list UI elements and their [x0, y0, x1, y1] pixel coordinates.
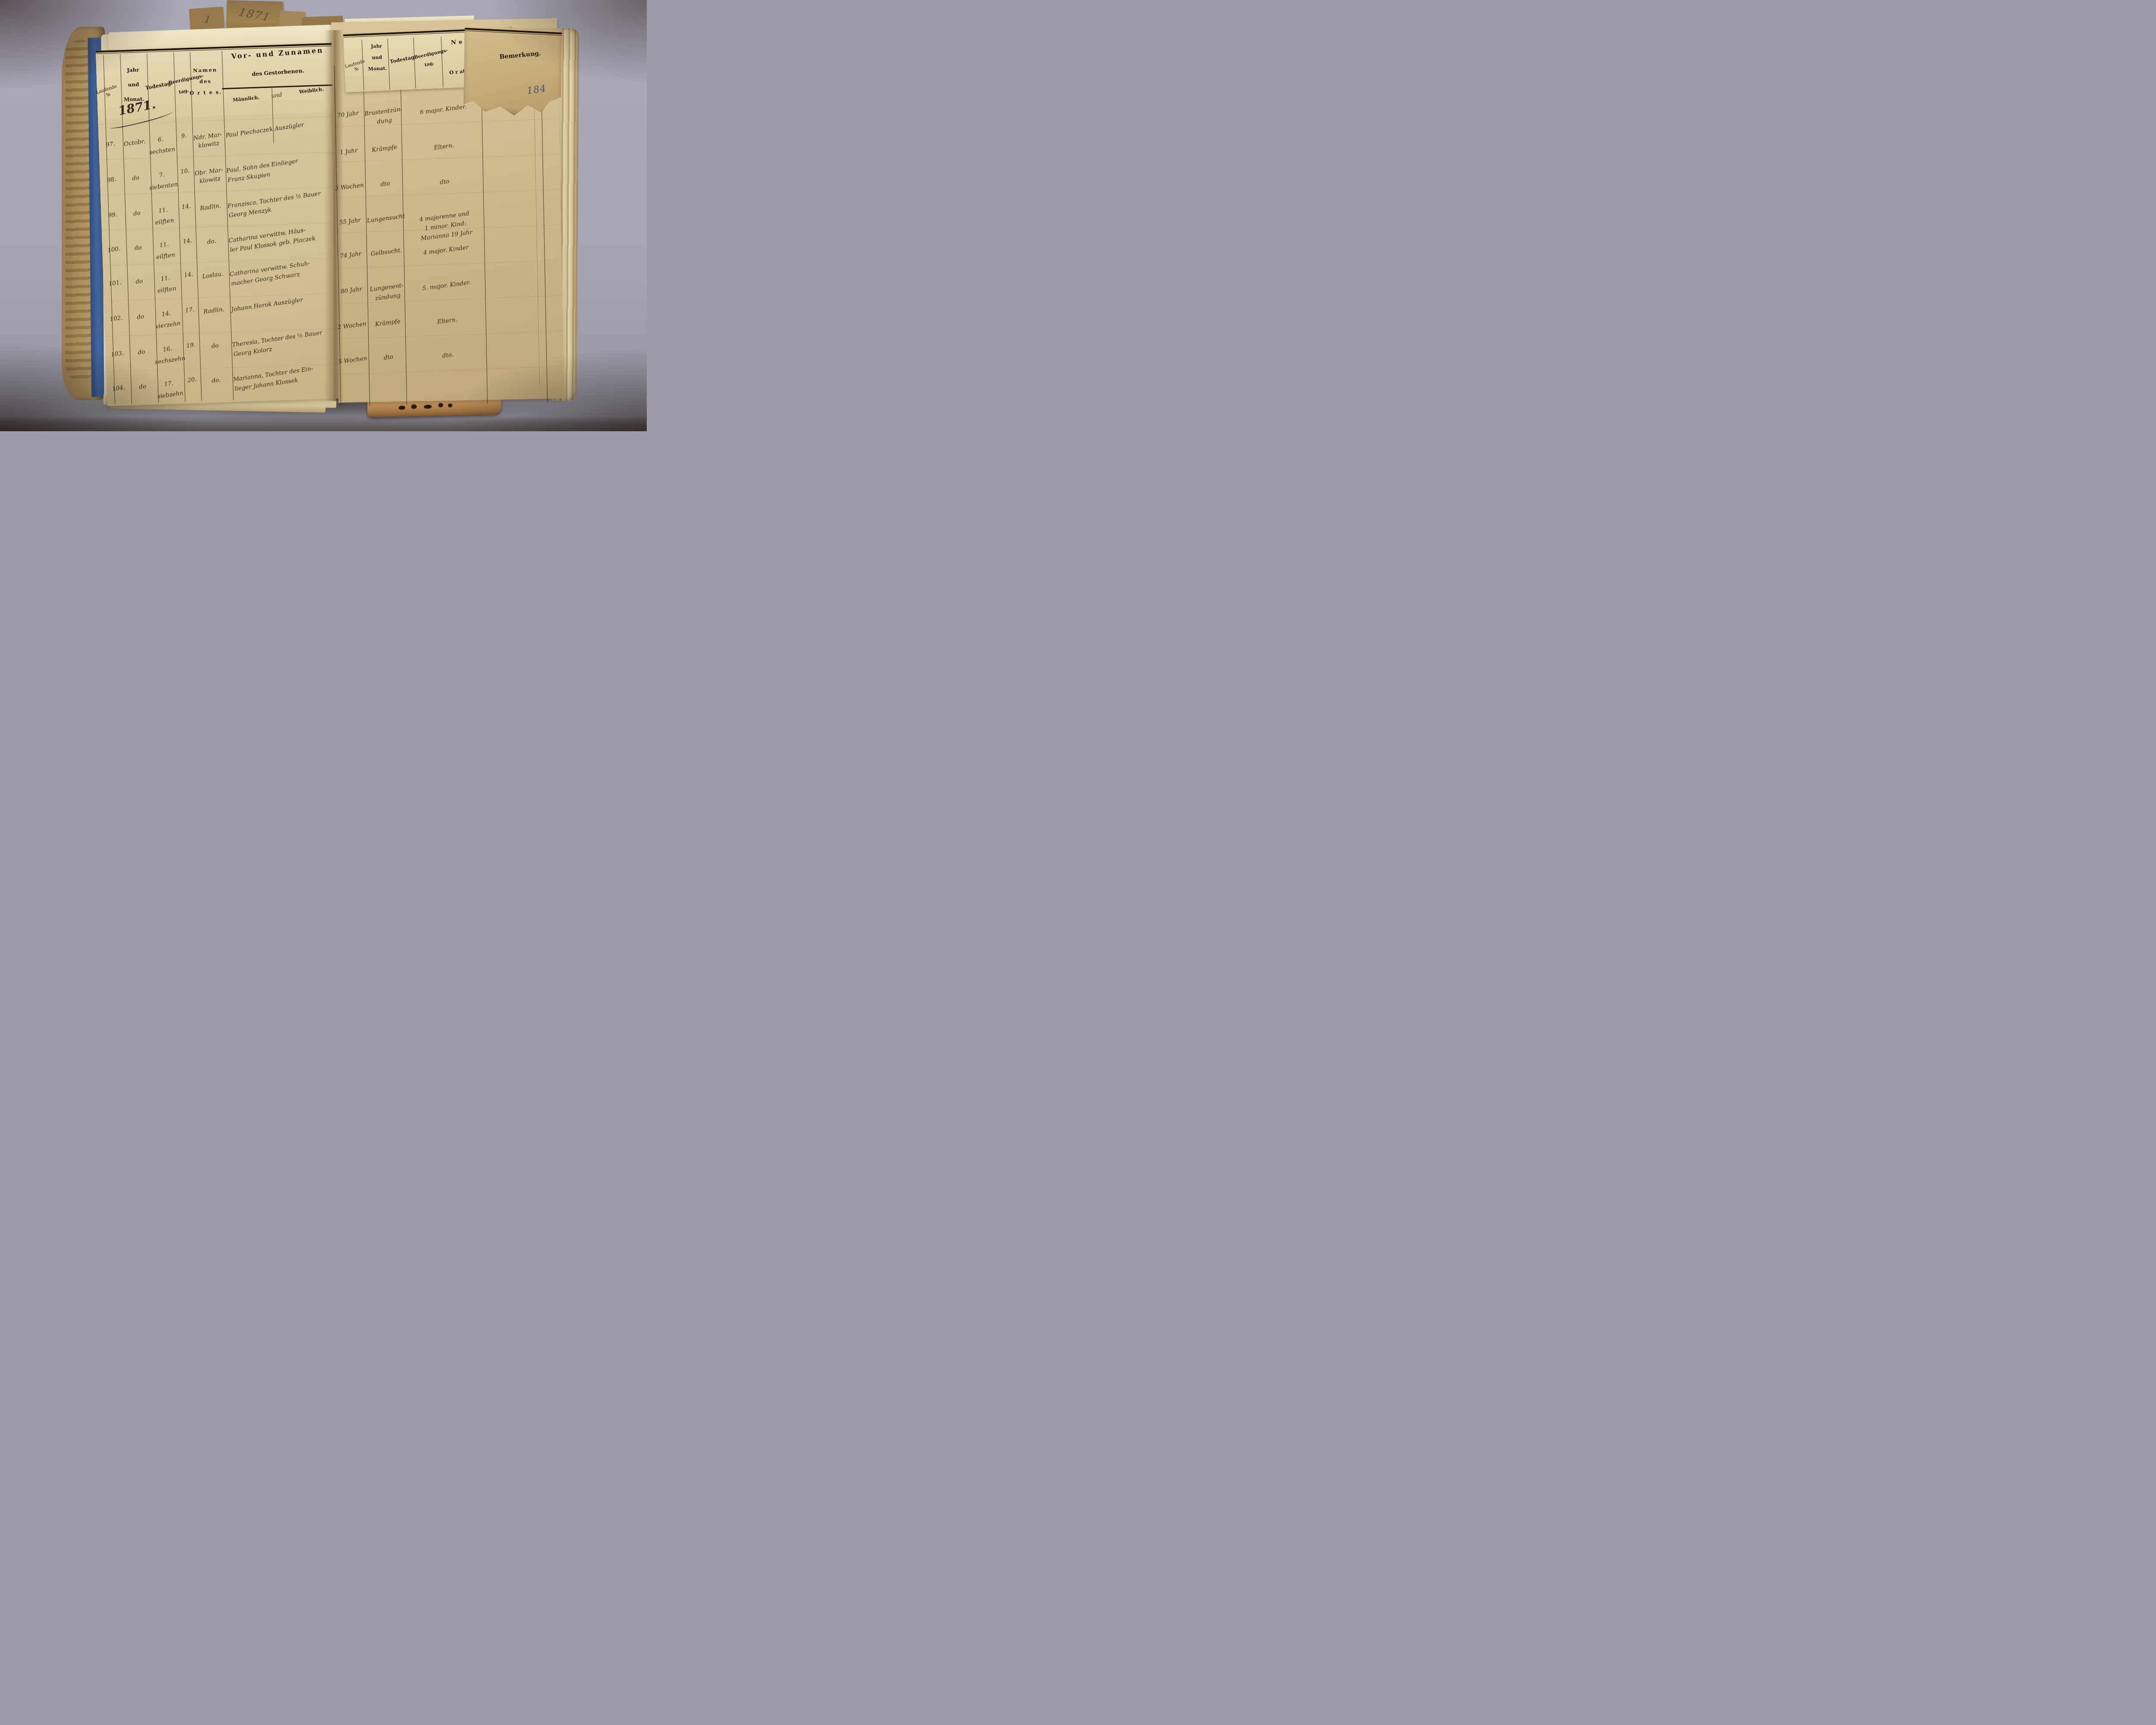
register-row-97-right: 70 Jahr Brustentzün- dung 6 major. Kinde…: [333, 103, 559, 142]
row-monat: do: [127, 312, 154, 322]
row-nr: 101.: [104, 278, 126, 288]
row-nr: 100.: [103, 245, 125, 254]
row-ort: Loslau.: [196, 269, 229, 282]
row-todestag: 7. siebenten: [147, 168, 179, 194]
col-header-des-gestorbenen: des Gestorbenen.: [224, 66, 332, 80]
row-ort: Radlin.: [194, 201, 227, 213]
row-todesursache: dto: [369, 350, 408, 364]
slip-label: 1: [204, 14, 213, 25]
register-row-103-right: 2 Wochen Krämpfe Eltern.: [337, 314, 563, 354]
col-header-bemerkung: Bemerkung.: [490, 49, 551, 62]
row-ort: Radlin.: [197, 304, 231, 317]
register-row-104-right: 5 Wochen dto dto.: [338, 348, 564, 388]
torn-corner-sheet: Bemerkung.: [464, 27, 562, 116]
row-nr: 99.: [102, 210, 124, 220]
row-todesursache: Gelbsucht.: [367, 245, 406, 259]
row-beerdigung: 20.: [183, 375, 201, 384]
header-top-rule: [464, 28, 562, 35]
row-ort: do.: [200, 374, 233, 387]
row-nr: 98.: [100, 175, 123, 185]
row-todestag: 11. eilften: [150, 271, 182, 298]
row-monat: do: [122, 173, 150, 183]
row-todesursache: Lungenent- zündung: [367, 280, 407, 304]
left-register-page: Laufende № Jahr und Monat. Todestag. Bee…: [96, 43, 347, 406]
col-header-und: und: [263, 91, 290, 100]
year-tab-label: 1871: [237, 6, 272, 24]
row-todestag: 16. sechszehn: [153, 342, 184, 368]
row-todesursache: Brustentzün- dung: [364, 104, 404, 128]
row-beerdigung: 9.: [175, 132, 193, 141]
book-gutter-shadow: [324, 30, 343, 401]
col-header-todestag: Todestag.: [389, 53, 417, 65]
row-todestag: 11. eilften: [149, 238, 181, 264]
col-header-ort: Namen des O r t e s.: [188, 64, 222, 98]
row-monat: Octobr.: [121, 138, 148, 148]
row-nr: 97.: [99, 140, 122, 150]
row-beerdigung: 14.: [179, 270, 197, 279]
row-nr: 103.: [106, 349, 128, 359]
row-todestag: 17. siebzehn: [154, 376, 185, 402]
register-row-100-right: 55 Jahr Lungensucht 4 majorenne und 1 mi…: [335, 210, 561, 249]
row-beerdigung: 10.: [176, 167, 194, 176]
row-todesursache: Krämpfe: [368, 316, 407, 330]
register-book-photo: 1 1871 Laufende № Jahr und Monat. Todest…: [0, 0, 647, 431]
register-row-102-right: 80 Jahr Lungenent- zündung 5. major. Kin…: [336, 279, 563, 318]
row-monat: do: [123, 208, 151, 219]
row-todesursache: Lungensucht: [367, 211, 405, 226]
row-ort: Ndr. Mar- klowitz: [191, 130, 226, 151]
row-erben: 4 majorenne und 1 minor. Kind: Marianna …: [405, 207, 486, 245]
stamp-smudge: [398, 401, 454, 411]
row-todestag: 6. sechsten: [146, 132, 177, 159]
row-ort: do.: [195, 235, 229, 248]
register-row-101-right: 74 Jahr Gelbsucht. 4 major. Kinder: [335, 243, 562, 283]
row-todestag: 14. vierzehn: [151, 307, 183, 333]
register-row-98-right: 1 Jahr Krämpfe Eltern.: [333, 140, 560, 179]
col-header-jahr-monat: Jahr und Monat.: [364, 41, 391, 75]
row-beerdigung: 14.: [177, 202, 195, 211]
register-row-99-right: 3 Wochen dto dto: [334, 175, 561, 215]
row-beerdigung: 19.: [182, 341, 200, 350]
col-header-beerdigungstag: Beerdigungs- tag.: [414, 47, 444, 72]
row-monat: do: [128, 347, 155, 358]
row-beerdigung: 14.: [179, 237, 197, 246]
row-ort: Obr. Mar- klowitz: [192, 166, 227, 186]
row-monat: do: [129, 382, 157, 392]
row-todestag: 11. eilften: [148, 203, 180, 229]
row-nr: 104.: [107, 383, 130, 393]
row-todesursache: Krämpfe: [365, 141, 404, 156]
row-ort: do: [198, 340, 232, 352]
col-header-laufende-nr: Laufende №: [94, 83, 121, 101]
row-monat: do: [125, 276, 153, 287]
col-header-maennlich: Männlich.: [226, 94, 266, 104]
row-todesursache: dto: [366, 177, 404, 191]
row-monat: do: [124, 243, 152, 253]
row-nr: 102.: [105, 314, 128, 323]
row-beerdigung: 17.: [181, 305, 199, 314]
